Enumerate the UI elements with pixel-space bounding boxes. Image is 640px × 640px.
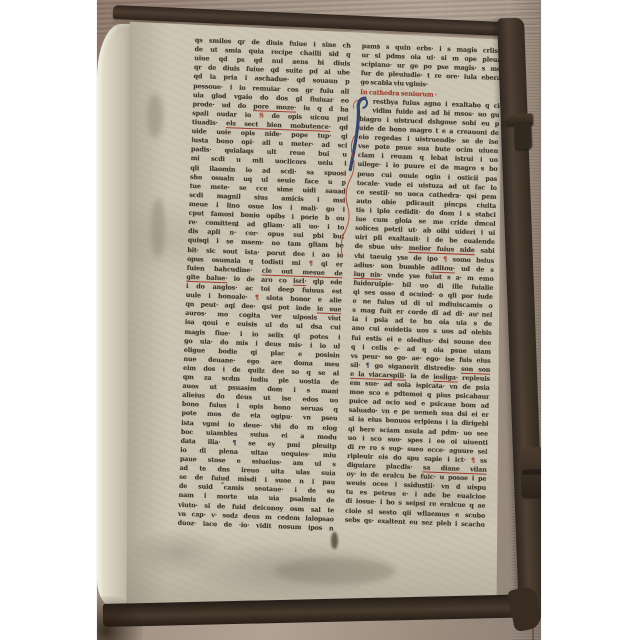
parchment-page: qs smilos qr de diuis fuiue i sine chde … (125, 12, 503, 612)
text-block: qs smilos qr de diuis fuiue i sine chde … (177, 36, 501, 539)
upper-clasp-hook-icon (514, 121, 532, 150)
ink-blot (331, 532, 338, 549)
text-column-left: qs smilos qr de diuis fuiue i sine chde … (177, 36, 350, 533)
bottom-margin-stain (275, 558, 395, 584)
manuscript-photo-canvas: qs smilos qr de diuis fuiue i sine chde … (0, 0, 640, 640)
gutter-smudge (147, 94, 163, 138)
text-column-right: pams s quin erbs· i s magis crliseur si … (344, 42, 502, 539)
photo-area: qs smilos qr de diuis fuiue i sine chde … (97, 0, 541, 640)
book-shadow (97, 596, 143, 640)
gutter-smudge (151, 198, 165, 258)
lower-clasp-notch (523, 469, 541, 475)
